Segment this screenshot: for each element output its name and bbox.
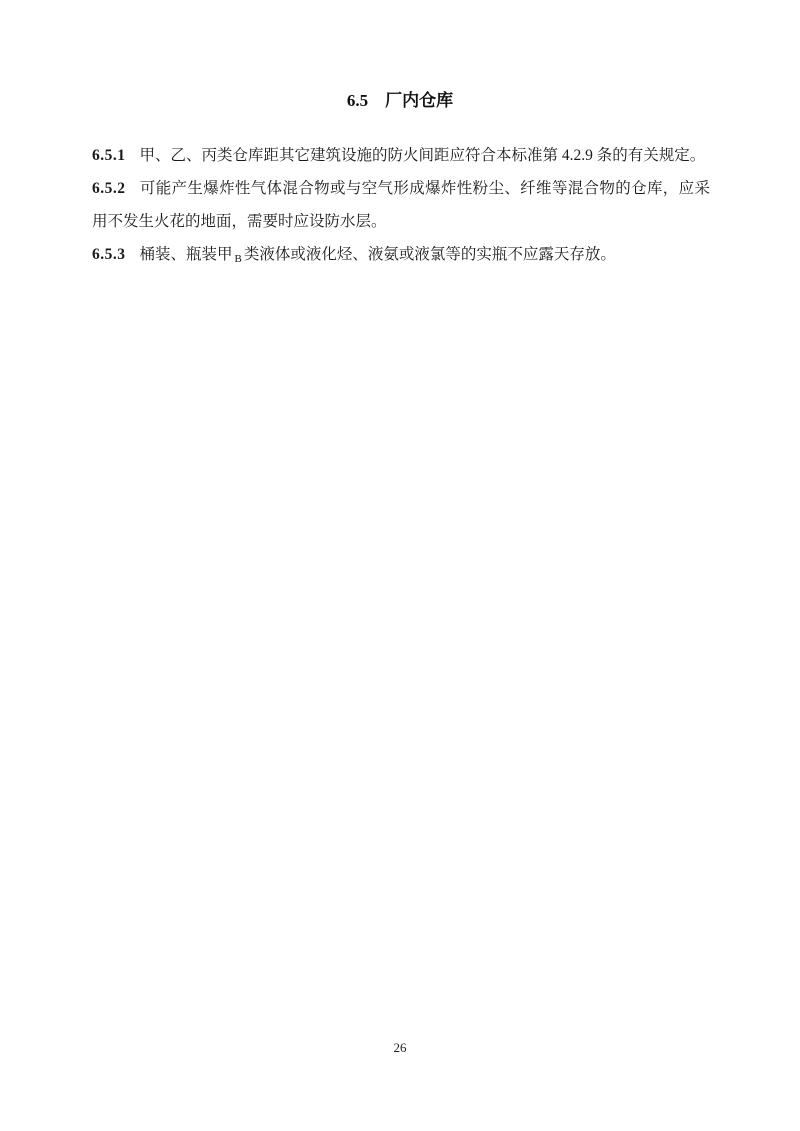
clause-text-after-subscript: 类液体或液化烃、液氨或液氯等的实瓶不应露天存放。 [244, 246, 616, 263]
document-page: 6.5 厂内仓库 6.5.1甲、乙、丙类仓库距其它建筑设施的防火间距应符合本标准… [0, 0, 800, 1131]
clause-text-before-subscript: 桶装、瓶装甲 [140, 246, 233, 263]
clause-6-5-2: 6.5.2可能产生爆炸性气体混合物或与空气形成爆炸性粉尘、纤维等混合物的仓库，应… [92, 172, 710, 238]
clause-number: 6.5.2 [92, 180, 140, 197]
page-number: 26 [0, 1040, 800, 1056]
clause-number: 6.5.3 [92, 246, 140, 263]
clause-number: 6.5.1 [92, 147, 140, 164]
clause-text: 甲、乙、丙类仓库距其它建筑设施的防火间距应符合本标准第 4.2.9 条的有关规定… [140, 147, 706, 164]
clause-text: 可能产生爆炸性气体混合物或与空气形成爆炸性粉尘、纤维等混合物的仓库，应采用不发生… [92, 180, 710, 230]
section-title: 6.5 厂内仓库 [0, 88, 800, 114]
clause-6-5-3: 6.5.3桶装、瓶装甲B类液体或液化烃、液氨或液氯等的实瓶不应露天存放。 [92, 238, 710, 271]
clause-list: 6.5.1甲、乙、丙类仓库距其它建筑设施的防火间距应符合本标准第 4.2.9 条… [92, 139, 710, 271]
clause-6-5-1: 6.5.1甲、乙、丙类仓库距其它建筑设施的防火间距应符合本标准第 4.2.9 条… [92, 139, 710, 172]
subscript-b: B [235, 253, 242, 265]
